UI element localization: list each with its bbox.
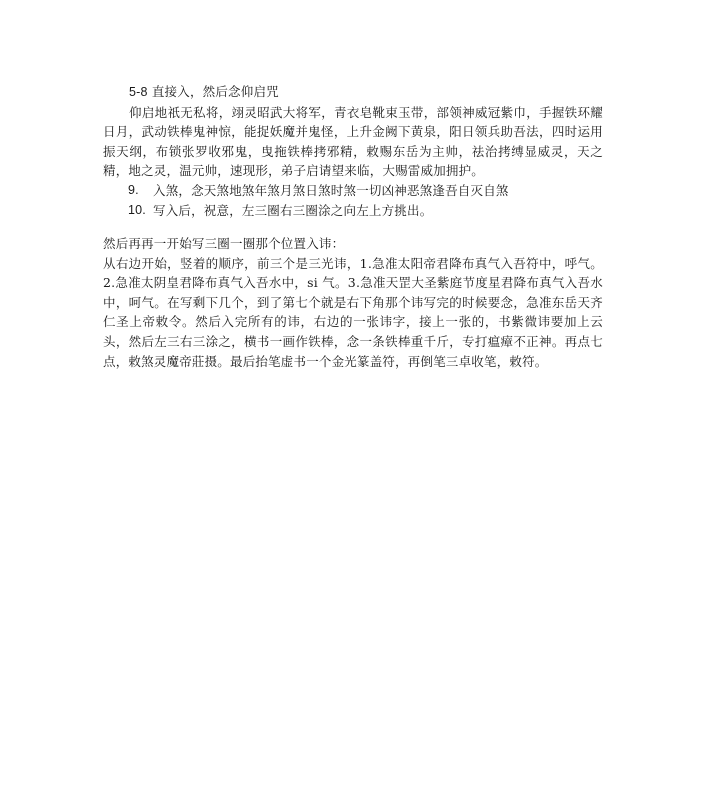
step-heading: 5-8 直接入，然后念仰启咒: [103, 82, 603, 103]
step-number: 5-8: [129, 85, 148, 99]
step-heading-text: 直接入，然后念仰启咒: [148, 84, 279, 99]
section-incantation: 5-8 直接入，然后念仰启咒 仰启地祇无私将，翊灵昭武大将军，青衣皂靴束玉带，部…: [103, 82, 603, 220]
list-item: 10. 写入后，祝意，左三圈右三圈涂之向左上方挑出。: [103, 201, 603, 221]
section-instructions: 然后再再一开始写三圈一圈那个位置入讳： 从右边开始，竖着的顺序，前三个是三光讳，…: [103, 234, 603, 371]
incantation-paragraph: 仰启地祇无私将，翊灵昭武大将军，青衣皂靴束玉带，部领神威冠紫巾，手握铁环耀日月，…: [103, 103, 603, 181]
list-item-number: 9.: [128, 181, 153, 201]
list-item: 9. 入煞，念天煞地煞年煞月煞日煞时煞一切凶神恶煞逢吾自灭自煞: [103, 181, 603, 201]
list-item-text: 写入后，祝意，左三圈右三圈涂之向左上方挑出。: [153, 201, 603, 221]
document-page: 5-8 直接入，然后念仰启咒 仰启地祇无私将，翊灵昭武大将军，青衣皂靴束玉带，部…: [0, 0, 706, 800]
list-item-number: 10.: [128, 201, 153, 221]
instructions-body: 从右边开始，竖着的顺序，前三个是三光讳，1.急准太阳帝君降布真气入吾符中，呼气。…: [103, 254, 603, 372]
instructions-intro: 然后再再一开始写三圈一圈那个位置入讳：: [103, 234, 603, 254]
list-item-text: 入煞，念天煞地煞年煞月煞日煞时煞一切凶神恶煞逢吾自灭自煞: [153, 181, 603, 201]
